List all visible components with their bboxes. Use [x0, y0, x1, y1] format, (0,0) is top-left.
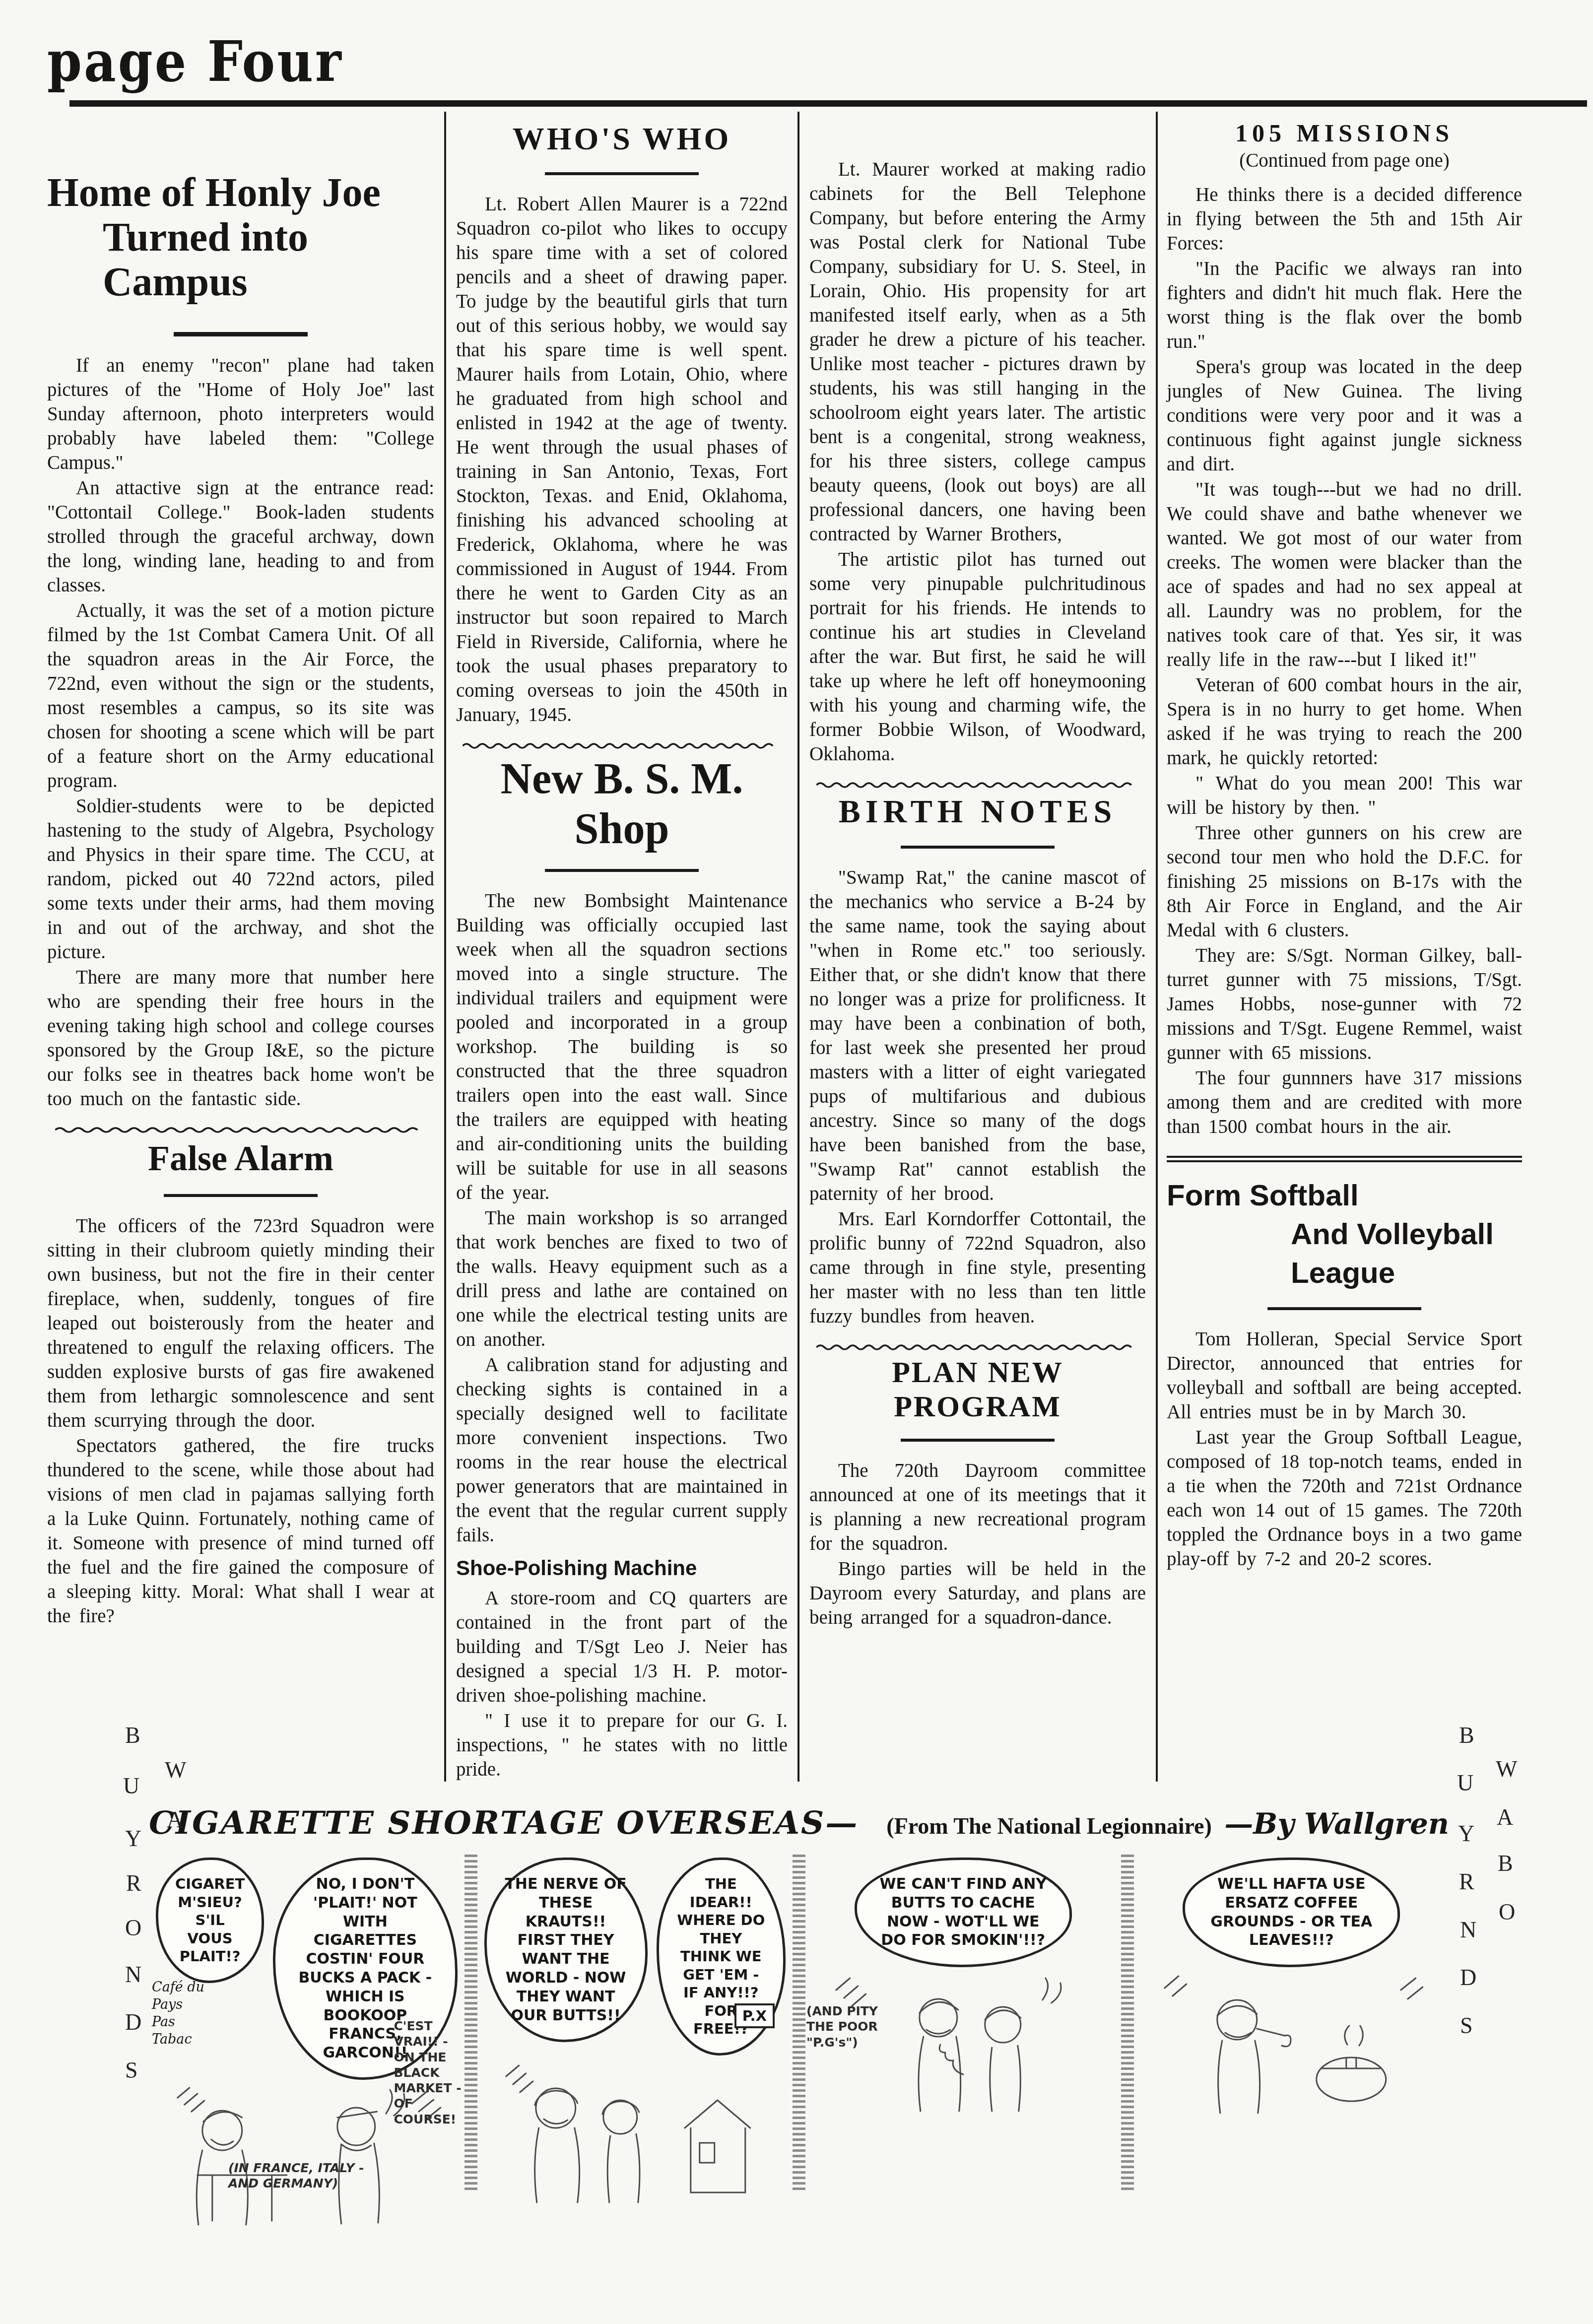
paragraph: They are: S/Sgt. Norman Gilkey, ball-tur… — [1167, 943, 1522, 1065]
comic-byline: —By Wallgren — [1224, 1807, 1449, 1841]
speech-bubble: THE NERVE OF THESE KRAUTS!! FIRST THEY W… — [484, 1858, 648, 2042]
headline-whos-who: WHO'S WHO — [456, 121, 788, 157]
bond-letter: Y — [125, 1825, 141, 1852]
comic-aside: (AND PITY THE POOR "P.G's") — [806, 2003, 881, 2050]
cafe-sign-line2: Pas Tabac — [152, 2013, 211, 2048]
column-1: Home of Honly Joe Turned into Campus If … — [47, 112, 444, 1782]
paragraph: The new Bombsight Maintenance Building w… — [456, 889, 788, 1205]
headline-underline — [1267, 1307, 1421, 1310]
comic-panels: CIGARET M'SIEU? S'IL VOUS PLAIT!? NO, I … — [149, 1855, 1449, 2192]
masthead-rule — [69, 100, 1587, 107]
headline-softball-line2: And Volleyball League — [1167, 1215, 1522, 1292]
headline-campus-line2: Turned into Campus — [47, 215, 434, 304]
paragraph: "Swamp Rat," the canine mascot of the me… — [809, 865, 1146, 1206]
paragraph: There are many more that number here who… — [47, 965, 434, 1111]
wavy-divider — [55, 1126, 427, 1134]
comic-panel-1: CIGARET M'SIEU? S'IL VOUS PLAIT!? NO, I … — [149, 1855, 465, 2192]
bond-letter: R — [126, 1870, 141, 1896]
paragraph: He thinks there is a decided difference … — [1167, 183, 1522, 256]
headline-underline — [901, 846, 1055, 849]
headline-campus: Home of Honly Joe Turned into Campus — [47, 170, 434, 305]
paragraph: An attactive sign at the entrance read: … — [47, 476, 434, 598]
headline-false-alarm: False Alarm — [47, 1138, 434, 1179]
bond-letter: A — [1497, 1804, 1513, 1830]
bond-letter: N — [1460, 1917, 1476, 1943]
bond-letter: D — [125, 2009, 141, 2035]
comic-strip: CIGARETTE SHORTAGE OVERSEAS— (From The N… — [149, 1804, 1449, 2192]
headline-birth-notes: BIRTH NOTES — [809, 793, 1146, 831]
paragraph: The four gunnners have 317 missions amon… — [1167, 1066, 1522, 1139]
paragraph: Mrs. Earl Korndorffer Cottontail, the pr… — [809, 1207, 1146, 1328]
paragraph: A store-room and CQ quarters are contain… — [456, 1586, 788, 1708]
bond-letter: D — [1460, 1964, 1476, 1991]
headline-softball-league: Form Softball And Volleyball League — [1167, 1176, 1522, 1292]
paragraph: The main workshop is so arranged that wo… — [456, 1206, 788, 1352]
comic-panel-2: THE NERVE OF THESE KRAUTS!! FIRST THEY W… — [477, 1855, 793, 2192]
panel-divider — [793, 1855, 805, 2192]
speech-bubble: CIGARET M'SIEU? S'IL VOUS PLAIT!? — [156, 1858, 264, 1983]
wavy-divider — [463, 742, 781, 750]
comic-caption: (IN FRANCE, ITALY - AND GERMANY) — [228, 2160, 377, 2191]
comic-title: CIGARETTE SHORTAGE OVERSEAS— — [149, 1804, 859, 1842]
column-3: Lt. Maurer worked at making radio cabine… — [797, 112, 1156, 1782]
article-columns: Home of Honly Joe Turned into Campus If … — [47, 112, 1531, 1782]
paragraph: Veteran of 600 combat hours in the air, … — [1167, 673, 1522, 770]
paragraph: The officers of the 723rd Squadron were … — [47, 1214, 434, 1433]
paragraph: Three other gunners on his crew are seco… — [1167, 821, 1522, 942]
bond-letter: R — [1459, 1868, 1474, 1895]
paragraph: Bingo parties will be held in the Dayroo… — [809, 1557, 1146, 1630]
paragraph: Lt. Robert Allen Maurer is a 722nd Squad… — [456, 192, 788, 727]
bond-letter: N — [125, 1961, 141, 1988]
panel-divider — [1121, 1855, 1134, 2192]
section-divider — [1167, 1156, 1522, 1162]
headline-underline — [545, 869, 699, 872]
speech-bubble: WE CAN'T FIND ANY BUTTS TO CACHE NOW - W… — [855, 1858, 1072, 1967]
column-2: WHO'S WHO Lt. Robert Allen Maurer is a 7… — [444, 112, 797, 1782]
bond-letter: S — [125, 2057, 138, 2083]
paragraph: A calibration stand for adjusting and ch… — [456, 1353, 788, 1547]
paragraph: " What do you mean 200! This war will be… — [1167, 771, 1522, 820]
paragraph: If an enemy "recon" plane had taken pict… — [47, 353, 434, 475]
headline-softball-line1: Form Softball — [1167, 1179, 1359, 1212]
px-sign: P.X — [734, 2003, 775, 2028]
bond-letter: O — [1499, 1899, 1515, 1925]
subhead-shoe-polishing: Shoe-Polishing Machine — [456, 1556, 788, 1580]
paragraph: Last year the Group Softball League, com… — [1167, 1425, 1522, 1571]
comic-aside: C'EST VRAI!! - ON THE BLACK MARKET - OF … — [394, 2018, 464, 2127]
column-4: 105 MISSIONS (Continued from page one) H… — [1156, 112, 1531, 1782]
cartoon-drawing — [1141, 1970, 1443, 2119]
bond-letter: Y — [1458, 1820, 1474, 1847]
continued-from-page-one: (Continued from page one) — [1167, 149, 1522, 172]
comic-header: CIGARETTE SHORTAGE OVERSEAS— (From The N… — [149, 1804, 1449, 1842]
paragraph: Spectators gathered, the fire trucks thu… — [47, 1434, 434, 1628]
panel-divider — [465, 1855, 477, 2192]
comic-source: (From The National Legionnaire) — [886, 1813, 1212, 1839]
paragraph: The artistic pilot has turned out some v… — [809, 547, 1146, 766]
headline-underline — [545, 172, 699, 175]
paragraph: " I use it to prepare for our G. I. insp… — [456, 1709, 788, 1782]
speech-bubble: WE'LL HAFTA USE ERSATZ COFFEE GROUNDS - … — [1183, 1858, 1400, 1967]
paragraph: Lt. Maurer worked at making radio cabine… — [809, 157, 1146, 546]
wavy-divider — [816, 1343, 1139, 1351]
wavy-divider — [816, 781, 1139, 789]
paragraph: Spera's group was located in the deep ju… — [1167, 355, 1522, 476]
comic-panel-3: WE CAN'T FIND ANY BUTTS TO CACHE NOW - W… — [805, 1855, 1121, 2192]
headline-105-missions: 105 MISSIONS — [1167, 119, 1522, 147]
paragraph: Tom Holleran, Special Service Sport Dire… — [1167, 1327, 1522, 1424]
bond-letter: O — [125, 1915, 141, 1941]
paragraph: "It was tough---but we had no drill. We … — [1167, 477, 1522, 672]
bond-letter: B — [1498, 1850, 1513, 1876]
comic-panel-4: WE'LL HAFTA USE ERSATZ COFFEE GROUNDS - … — [1134, 1855, 1450, 2192]
paragraph: Soldier-students were to be depicted has… — [47, 794, 434, 964]
headline-underline — [164, 1194, 318, 1197]
cafe-sign-line1: Café du Pays — [152, 1979, 211, 2013]
headline-campus-line1: Home of Honly Joe — [47, 170, 381, 215]
bond-letter: S — [1460, 2012, 1473, 2039]
page-title: page Four — [47, 29, 1593, 94]
headline-bsm-shop: New B. S. M. Shop — [456, 754, 788, 854]
cartoon-drawing — [484, 2058, 786, 2207]
cafe-wall-sign: Café du Pays Pas Tabac — [152, 1979, 211, 2048]
paragraph: "In the Pacific we always ran into fight… — [1167, 257, 1522, 354]
headline-underline — [901, 1439, 1055, 1442]
paragraph: Actually, it was the set of a motion pic… — [47, 598, 434, 793]
paragraph: The 720th Dayroom committee announced at… — [809, 1459, 1146, 1556]
headline-underline — [174, 332, 308, 336]
headline-plan-program: PLAN NEW PROGRAM — [809, 1355, 1146, 1424]
